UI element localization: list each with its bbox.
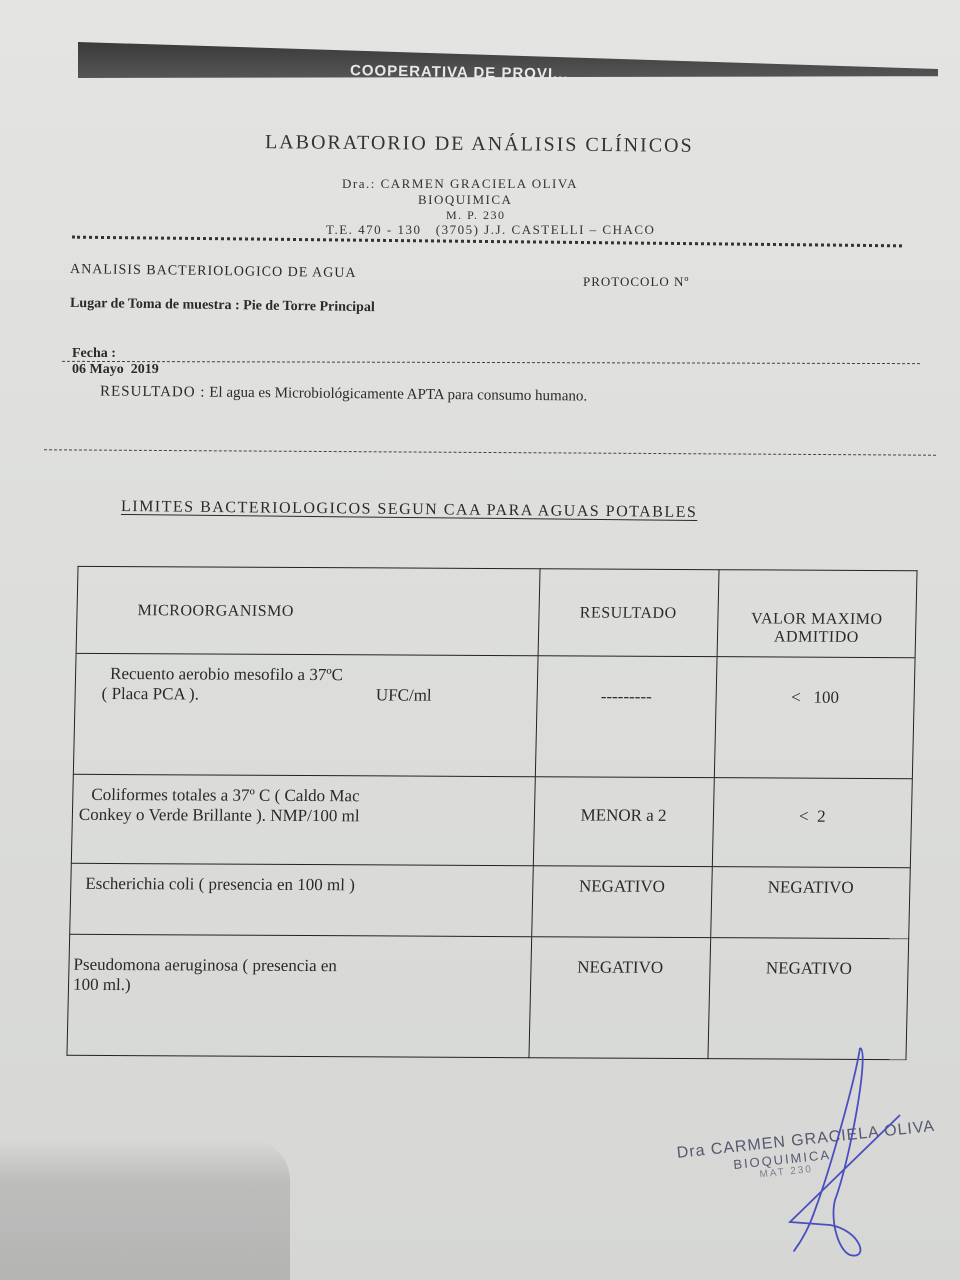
header-max-value: VALOR MAXIMO ADMITIDO: [717, 570, 917, 658]
signature: [760, 1040, 940, 1270]
divider-dashed-2: [44, 449, 936, 455]
table-header-row: MICROORGANISMO RESULTADO VALOR MAXIMO AD…: [76, 566, 917, 657]
table-row: Coliformes totales a 37º C ( Caldo Mac C…: [71, 774, 912, 867]
protocol-label: PROTOCOLO Nº: [583, 274, 689, 290]
cell-max: < 2: [712, 778, 912, 868]
result-row: RESULTADO : El agua es Microbiológicamen…: [100, 383, 587, 405]
lab-name: LABORATORIO DE ANÁLISIS CLÍNICOS: [265, 131, 694, 158]
microorganism-name: Coliformes totales a 37º C ( Caldo Mac: [87, 785, 520, 807]
sample-location-value: Pie de Torre Principal: [243, 298, 375, 315]
microorganism-name: Pseudomona aeruginosa ( presencia en: [73, 955, 516, 977]
hand-shadow: [0, 1140, 290, 1280]
microorganism-detail: 100 ml.): [73, 975, 516, 997]
signature-stroke: [790, 1048, 900, 1256]
date-label: Fecha :: [72, 346, 116, 361]
results-table: MICROORGANISMO RESULTADO VALOR MAXIMO AD…: [66, 566, 917, 1060]
header-microorganism: MICROORGANISMO: [76, 566, 539, 655]
result-label: RESULTADO :: [100, 383, 206, 400]
cell-result: MENOR a 2: [533, 777, 714, 867]
cell-result: NEGATIVO: [531, 866, 712, 938]
date-value: 06 Mayo 2019: [72, 362, 159, 377]
divider-dashed-1: [62, 361, 920, 364]
cell-microorganism: Pseudomona aeruginosa ( presencia en 100…: [67, 934, 531, 1057]
microorganism-method: ( Placa PCA ).: [101, 684, 199, 705]
sample-location-row: Lugar de Toma de muestra : Pie de Torre …: [70, 296, 375, 316]
microorganism-detail: Conkey o Verde Brillante ). NMP/100 ml: [79, 805, 520, 827]
doctor-name: Dra.: CARMEN GRACIELA OLIVA: [342, 176, 578, 192]
date-row: Fecha : 06 Mayo 2019: [65, 330, 159, 378]
table-row: Recuento aerobio mesofilo a 37ºC ( Placa…: [73, 653, 915, 778]
cell-microorganism: Coliformes totales a 37º C ( Caldo Mac C…: [71, 774, 535, 865]
result-text: El agua es Microbiológicamente APTA para…: [209, 385, 587, 405]
contact-info: T.E. 470 - 130 (3705) J.J. CASTELLI – CH…: [326, 222, 655, 238]
cell-max: NEGATIVO: [710, 867, 910, 939]
cell-microorganism: Escherichia coli ( presencia en 100 ml ): [70, 863, 533, 936]
table-row: Escherichia coli ( presencia en 100 ml )…: [70, 863, 911, 938]
profession: BIOQUIMICA: [418, 192, 512, 208]
sample-location-label: Lugar de Toma de muestra :: [70, 296, 240, 313]
header-result: RESULTADO: [538, 569, 719, 657]
license-number: M. P. 230: [446, 208, 506, 223]
cell-result: NEGATIVO: [528, 937, 710, 1059]
letterhead-band-text: COOPERATIVA DE PROVI...: [350, 62, 569, 83]
analysis-type: ANALISIS BACTERIOLOGICO DE AGUA: [70, 262, 357, 282]
cell-max: < 100: [714, 657, 915, 779]
microorganism-unit: UFC/ml: [376, 685, 432, 705]
microorganism-name: Escherichia coli ( presencia en 100 ml ): [85, 874, 518, 896]
cell-result: ---------: [535, 656, 717, 778]
cell-microorganism: Recuento aerobio mesofilo a 37ºC ( Placa…: [73, 653, 537, 776]
limits-title: LIMITES BACTERIOLOGICOS SEGUN CAA PARA A…: [121, 498, 698, 522]
microorganism-name: Recuento aerobio mesofilo a 37ºC: [90, 664, 523, 686]
microorganism-detail: ( Placa PCA ). UFC/ml: [89, 684, 431, 706]
